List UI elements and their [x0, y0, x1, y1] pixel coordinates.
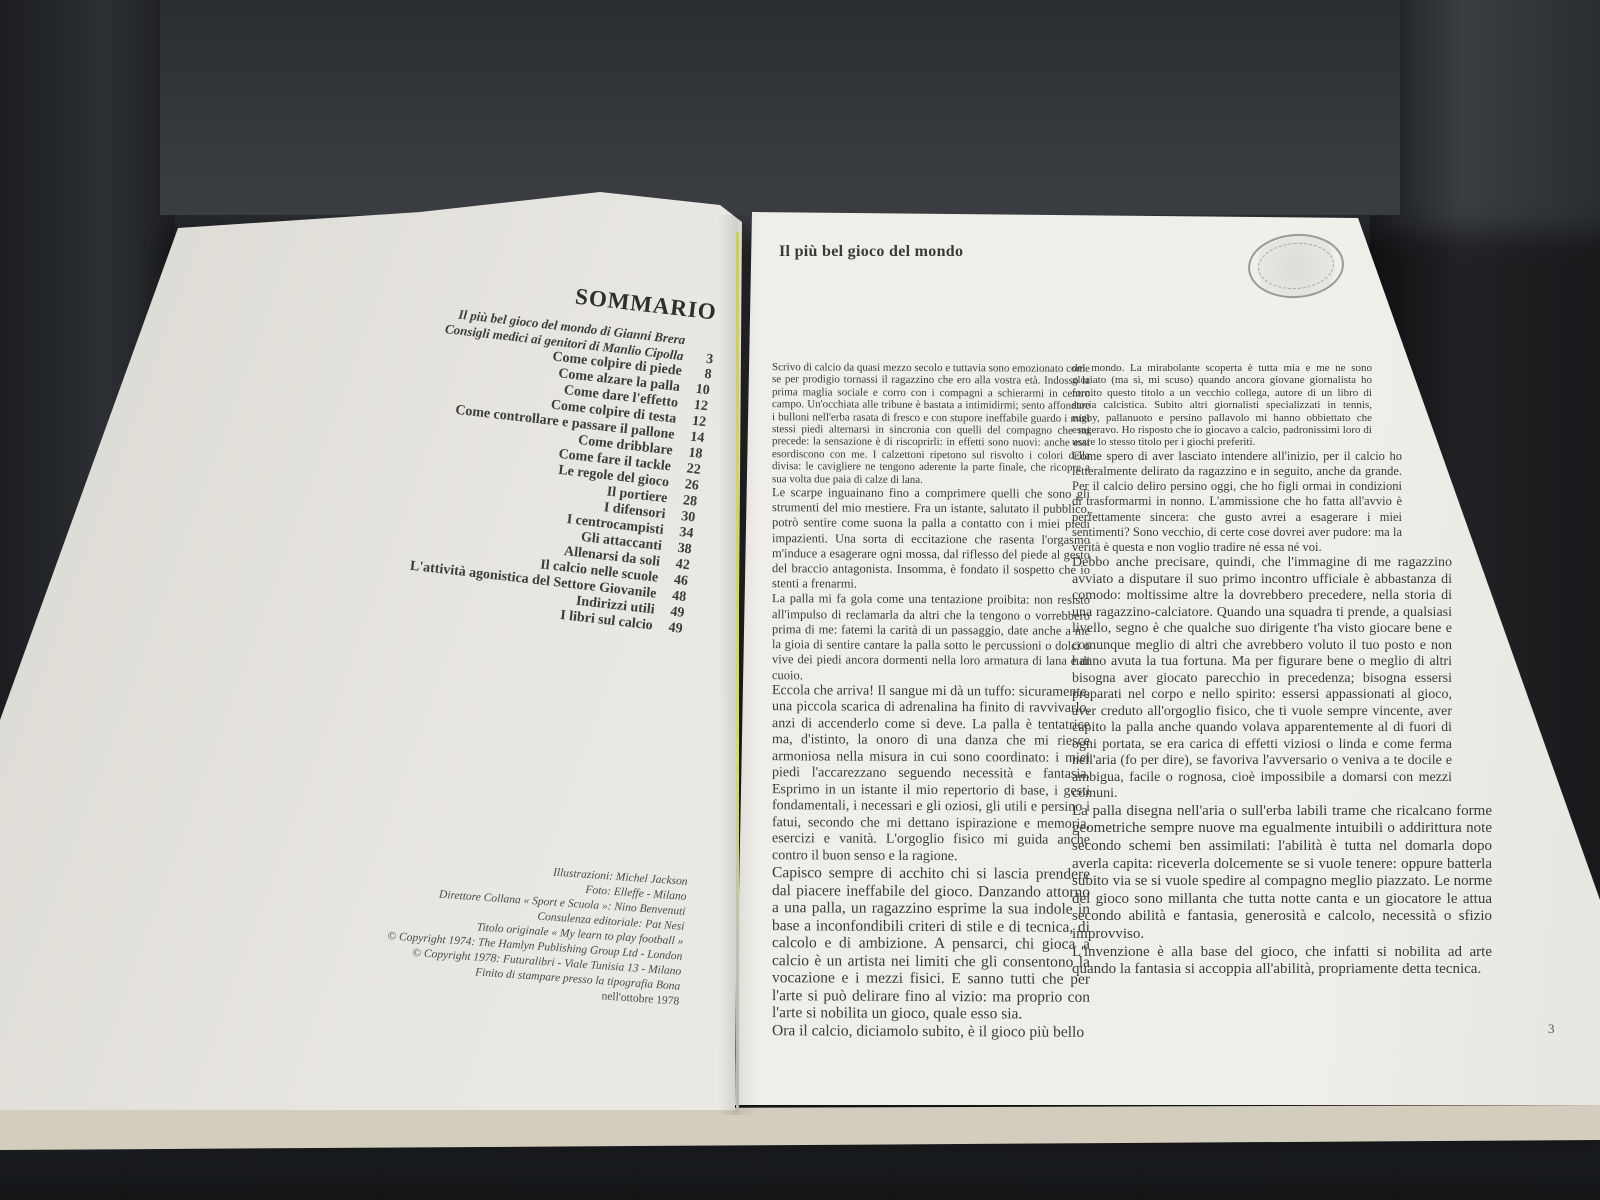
paragraph: Eccola che arriva! Il sangue mi dà un tu… — [772, 683, 1090, 866]
paragraph: L'invenzione è alla base del gioco, che … — [1072, 944, 1492, 979]
paragraph: Debbo anche precisare, quindi, che l'imm… — [1072, 555, 1452, 803]
colophon-credits: Illustrazioni: Michel Jackson Foto: Elle… — [292, 848, 688, 1010]
paragraph: Le scarpe inguainano fino a comprimere q… — [772, 485, 1090, 593]
paragraph: Ora il calcio, diciamolo subito, è il gi… — [772, 1022, 1090, 1041]
paragraph: Scrivo di calcio da quasi mezzo secolo e… — [772, 361, 1090, 487]
paragraph: Come spero di aver lasciato intendere al… — [1072, 449, 1402, 555]
paragraph: del mondo. La mirabolante scoperta è tut… — [1072, 362, 1372, 449]
article-column-2: del mondo. La mirabolante scoperta è tut… — [1072, 362, 1372, 979]
page-number: 3 — [1548, 1021, 1555, 1037]
folder-background — [160, 0, 1400, 215]
paragraph: La palla mi fa gola come una tentazione … — [772, 592, 1090, 685]
table-of-contents: SOMMARIO Il più bel gioco del mondo di G… — [304, 257, 720, 638]
paragraph: Capisco sempre di acchito chi si lascia … — [772, 864, 1090, 1023]
article-column-1: Scrivo di calcio da quasi mezzo secolo e… — [772, 361, 1090, 1041]
toc-list: Il più bel gioco del mondo di Gianni Bre… — [304, 293, 716, 638]
article-title: Il più bel gioco del mondo — [779, 243, 963, 261]
toc-entry-page: 49 — [652, 619, 684, 638]
spine-accent-strip — [736, 232, 739, 1112]
paragraph: La palla disegna nell'aria o sull'erba l… — [1072, 803, 1492, 944]
toc-entry-page — [685, 344, 715, 347]
